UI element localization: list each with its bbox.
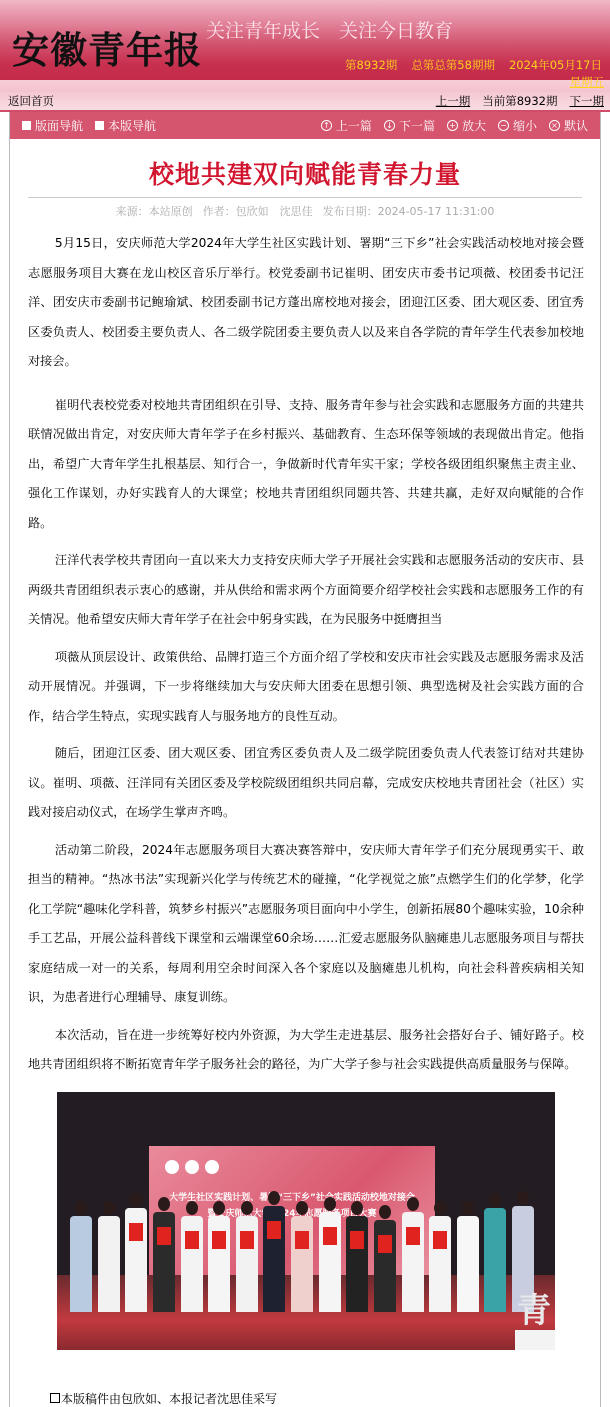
photo-group-people — [69, 1192, 535, 1312]
person-figure — [373, 1205, 397, 1312]
content-frame: 版面导航 本版导航 ↑ 上一篇 ↓ 下一篇 + 放大 − 缩小 — [9, 112, 601, 1407]
next-article-button[interactable]: ↓ 下一篇 — [384, 117, 435, 134]
zoom-in-button[interactable]: + 放大 — [447, 117, 486, 134]
person-figure — [124, 1193, 148, 1312]
person-figure — [345, 1201, 369, 1312]
square-icon — [95, 121, 104, 130]
person-figure — [152, 1197, 176, 1312]
default-size-button[interactable]: × 默认 — [549, 117, 588, 134]
default-size-label: 默认 — [564, 117, 588, 134]
minus-circle-icon: − — [498, 120, 509, 131]
title-divider — [28, 197, 582, 198]
issue-nav-links: 上一期 当前第8932期 下一期 — [436, 93, 604, 109]
next-issue-link[interactable]: 下一期 — [570, 93, 605, 109]
article-photo: 大学生社区实践计划、暑期“三下乡”社会实践活动校地对接会 暨安庆师范大学2024… — [57, 1092, 555, 1350]
section-nav-button[interactable]: 本版导航 — [95, 117, 156, 134]
zoom-out-button[interactable]: − 缩小 — [498, 117, 537, 134]
photo-corner-box — [515, 1330, 555, 1350]
heart-logo-icon — [185, 1160, 199, 1174]
article-title: 校地共建双向赋能青春力量 — [10, 155, 600, 197]
banner-logos — [165, 1160, 219, 1174]
person-figure — [235, 1201, 259, 1312]
arrow-up-circle-icon: ↑ — [321, 120, 332, 131]
section-nav-label: 本版导航 — [108, 117, 156, 134]
weekday-row: 星期五 — [0, 80, 610, 92]
prev-article-label: 上一篇 — [336, 117, 372, 134]
article-paragraph: 5月15日，安庆师范大学2024年大学生社区实践计划、署期“三下乡”社会实践活动… — [28, 229, 584, 377]
page-nav-button[interactable]: 版面导航 — [22, 117, 83, 134]
article-paragraph: 项薇从顶层设计、政策供给、品牌打造三个方面介绍了学校和安庆市社会实践及志愿服务需… — [28, 643, 584, 732]
person-figure — [97, 1201, 121, 1312]
slogan: 关注青年成长 关注今日教育 — [206, 16, 453, 43]
person-figure — [401, 1197, 425, 1312]
issue-number: 第8932期 — [345, 57, 397, 73]
article-toolbar: 版面导航 本版导航 ↑ 上一篇 ↓ 下一篇 + 放大 − 缩小 — [10, 112, 600, 139]
zoom-out-label: 缩小 — [513, 117, 537, 134]
article-paragraph: 汪洋代表学校共青团向一直以来大力支持安庆师大学子开展社会实践和志愿服务活动的安庆… — [28, 546, 584, 635]
newspaper-logo: 安徽青年报 — [12, 20, 202, 74]
article-paragraph: 本次活动，旨在进一步统筹好校内外资源，为大学生走进基层、服务社会搭好台子、铺好路… — [28, 1021, 584, 1080]
person-figure — [180, 1201, 204, 1312]
person-figure — [262, 1191, 286, 1312]
issue-info: 第8932期 总第总第58期期 2024年05月17日 — [345, 57, 602, 73]
person-figure — [290, 1201, 314, 1312]
arrow-down-circle-icon: ↓ — [384, 120, 395, 131]
masthead: 安徽青年报 关注青年成长 关注今日教育 第8932期 总第总第58期期 2024… — [0, 0, 610, 80]
person-figure — [318, 1197, 342, 1312]
prev-article-button[interactable]: ↑ 上一篇 — [321, 117, 372, 134]
person-figure — [483, 1193, 507, 1312]
article-credit: 本版稿件由包欣如、本报记者沈思佳采写 — [50, 1390, 584, 1407]
person-figure — [207, 1201, 231, 1312]
issue-date: 2024年05月17日 — [509, 57, 602, 73]
square-outline-icon — [50, 1393, 60, 1403]
weekday-link[interactable]: 星期五 — [570, 74, 605, 90]
home-link[interactable]: 返回首页 — [8, 93, 54, 109]
plus-circle-icon: + — [447, 120, 458, 131]
article-publish-date: 发布日期：2024-05-17 11:31:00 — [323, 203, 495, 219]
youth-league-logo-icon — [165, 1160, 179, 1174]
article-body: 5月15日，安庆师范大学2024年大学生社区实践计划、署期“三下乡”社会实践活动… — [10, 219, 600, 1407]
square-icon — [22, 121, 31, 130]
article-meta: 来源：本站原创 作者：包欣如 沈思佳 发布日期：2024-05-17 11:31… — [10, 203, 600, 219]
person-figure — [456, 1201, 480, 1312]
person-figure — [428, 1201, 452, 1312]
photo-corner-character: 青 — [517, 1283, 551, 1332]
article-author: 作者：包欣如 沈思佳 — [203, 203, 313, 219]
article-paragraph: 崔明代表校党委对校地共青团组织在引导、支持、服务青年参与社会实践和志愿服务方面的… — [28, 391, 584, 539]
person-figure — [69, 1201, 93, 1312]
issue-navbar: 返回首页 上一期 当前第8932期 下一期 — [0, 92, 610, 112]
university-logo-icon — [205, 1160, 219, 1174]
credit-text: 本版稿件由包欣如、本报记者沈思佳采写 — [61, 1390, 277, 1407]
total-issue-number: 总第总第58期期 — [411, 57, 495, 73]
zoom-in-label: 放大 — [462, 117, 486, 134]
article-source: 来源：本站原创 — [116, 203, 193, 219]
close-circle-icon: × — [549, 120, 560, 131]
current-issue-label: 当前第8932期 — [482, 93, 557, 109]
prev-issue-link[interactable]: 上一期 — [436, 93, 471, 109]
article-paragraph: 随后，团迎江区委、团大观区委、团宜秀区委负责人及二级学院团委负责人代表签订结对共… — [28, 739, 584, 828]
next-article-label: 下一篇 — [399, 117, 435, 134]
page-nav-label: 版面导航 — [35, 117, 83, 134]
article-paragraph: 活动第二阶段，2024年志愿服务项目大赛决赛答辩中，安庆师大青年学子们充分展现勇… — [28, 836, 584, 1013]
